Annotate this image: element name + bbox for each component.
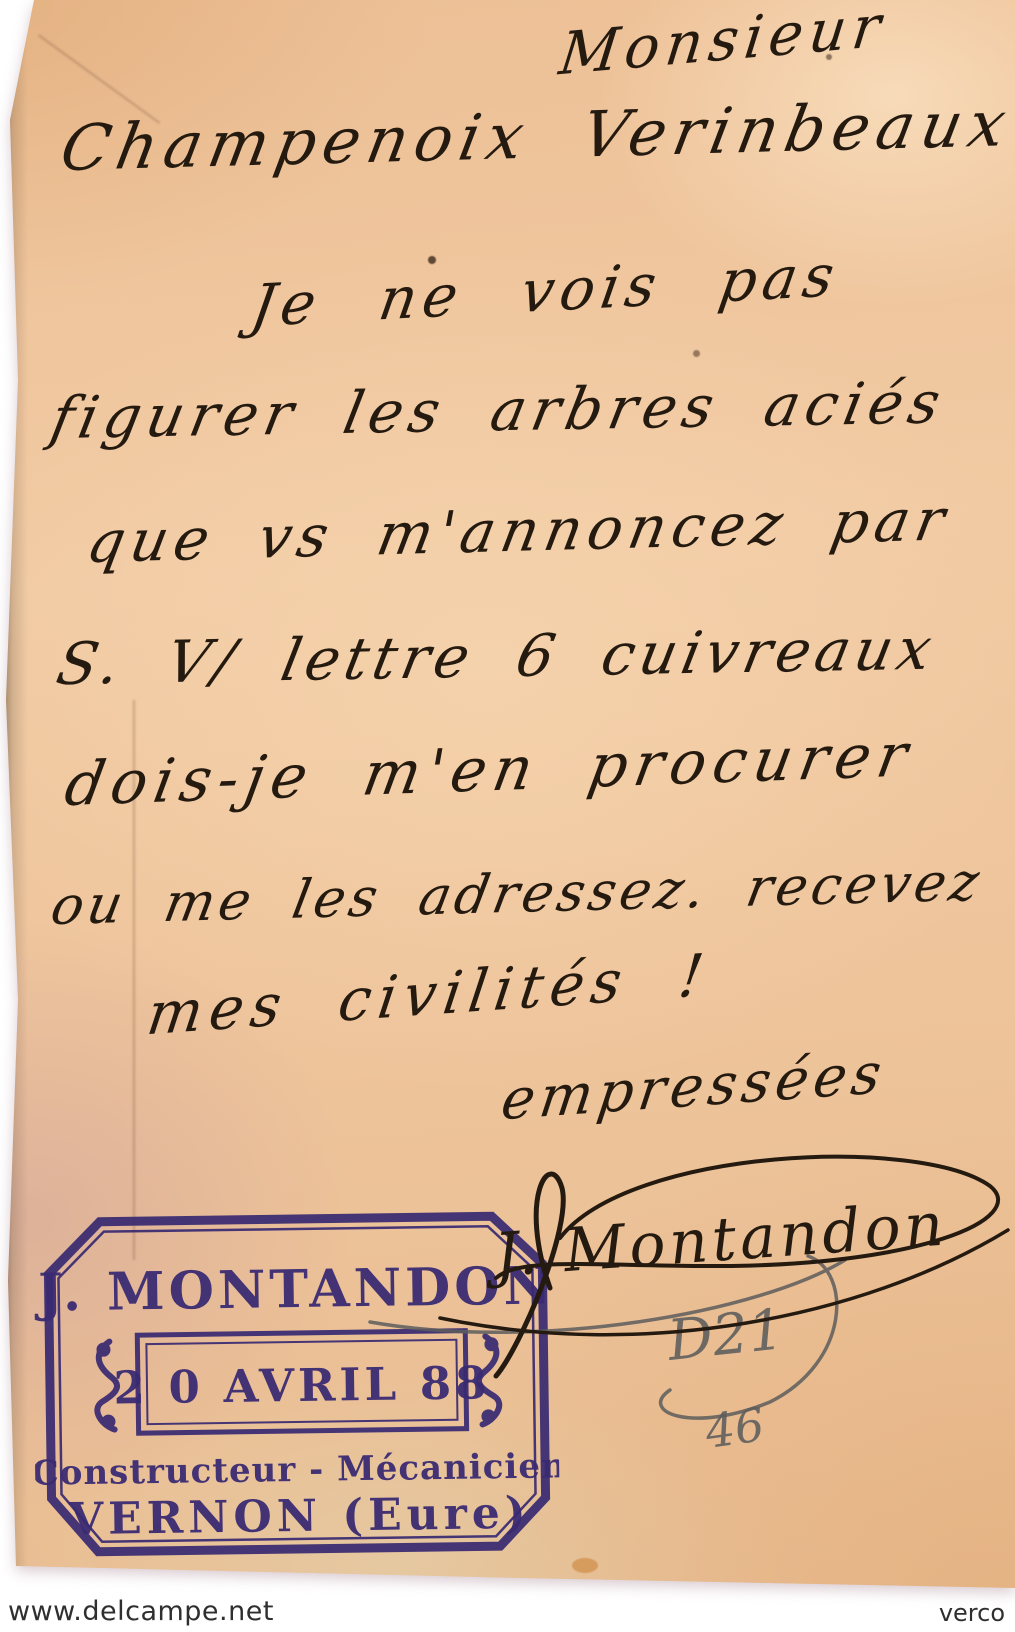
watermark-delcampe: www.delcampe.net	[8, 1596, 274, 1627]
handwriting-line-salutation: Monsieur	[556, 0, 891, 89]
handwriting-line: Je ne vois pas	[247, 241, 845, 340]
handwriting-line: dois-je m'en procurer	[60, 720, 920, 820]
watermark-verco: verco	[939, 1599, 1005, 1627]
signature-name: J. Montandon	[481, 1190, 949, 1292]
handwriting-line: ou me les adressez. recevez	[46, 851, 987, 937]
postcard: Monsieur Champenoix Verinbeaux Je ne voi…	[0, 0, 1015, 1600]
handwriting-line-addressee: Champenoix Verinbeaux	[55, 87, 1015, 185]
ink-fleck	[693, 350, 700, 357]
stamp-city: VERNON (Eure)	[68, 1488, 531, 1545]
handwriting-line: S. V/ lettre 6 cuivreaux	[51, 615, 942, 699]
postcard-scan: Monsieur Champenoix Verinbeaux Je ne voi…	[0, 0, 1015, 1632]
handwriting-line: que vs m'annoncez par	[82, 485, 956, 576]
postcard-wrapper: Monsieur Champenoix Verinbeaux Je ne voi…	[0, 0, 1015, 1632]
signature-block: J. Montandon	[400, 1108, 1015, 1418]
handwriting-line: figurer les arbres aciés	[45, 368, 951, 452]
signature-graphic: J. Montandon	[400, 1108, 1015, 1418]
handwriting-line: mes civilités !	[143, 940, 714, 1048]
stain-spot	[572, 1558, 598, 1573]
card-left-edge-shadow	[0, 0, 28, 1600]
